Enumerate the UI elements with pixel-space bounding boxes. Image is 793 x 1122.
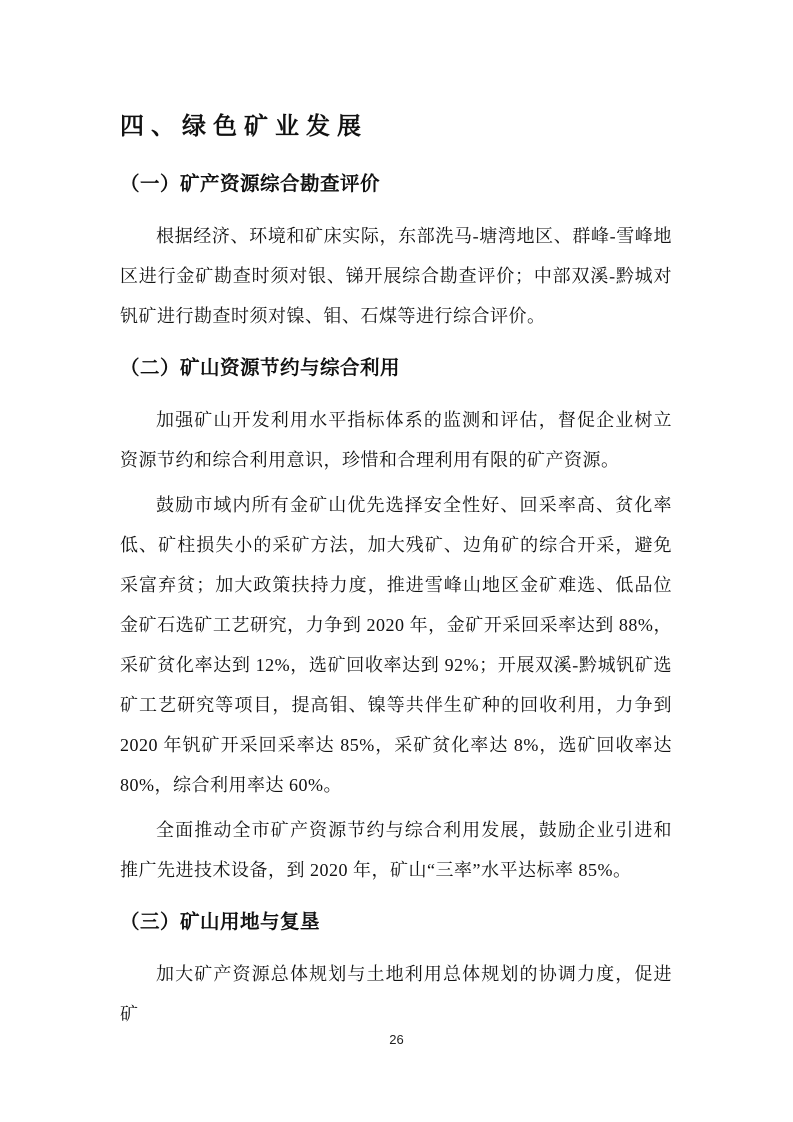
paragraph: 根据经济、环境和矿床实际，东部洗马-塘湾地区、群峰-雪峰地区进行金矿勘查时须对银… [120, 216, 672, 336]
section-heading-3: （三）矿山用地与复垦 [120, 910, 672, 936]
paragraph: 鼓励市域内所有金矿山优先选择安全性好、回采率高、贫化率低、矿柱损失小的采矿方法，… [120, 485, 672, 805]
page-content: 四、绿色矿业发展 （一）矿产资源综合勘查评价 根据经济、环境和矿床实际，东部洗马… [120, 112, 672, 1039]
section-heading-2: （二）矿山资源节约与综合利用 [120, 356, 672, 382]
paragraph: 加大矿产资源总体规划与土地利用总体规划的协调力度，促进矿 [120, 954, 672, 1034]
paragraph: 全面推动全市矿产资源节约与综合利用发展，鼓励企业引进和推广先进技术设备，到 20… [120, 810, 672, 890]
document-page: 四、绿色矿业发展 （一）矿产资源综合勘查评价 根据经济、环境和矿床实际，东部洗马… [0, 0, 793, 1122]
chapter-title: 四、绿色矿业发展 [120, 112, 672, 143]
paragraph: 加强矿山开发利用水平指标体系的监测和评估，督促企业树立资源节约和综合利用意识，珍… [120, 400, 672, 480]
section-heading-1: （一）矿产资源综合勘查评价 [120, 172, 672, 198]
page-number: 26 [0, 1032, 793, 1047]
